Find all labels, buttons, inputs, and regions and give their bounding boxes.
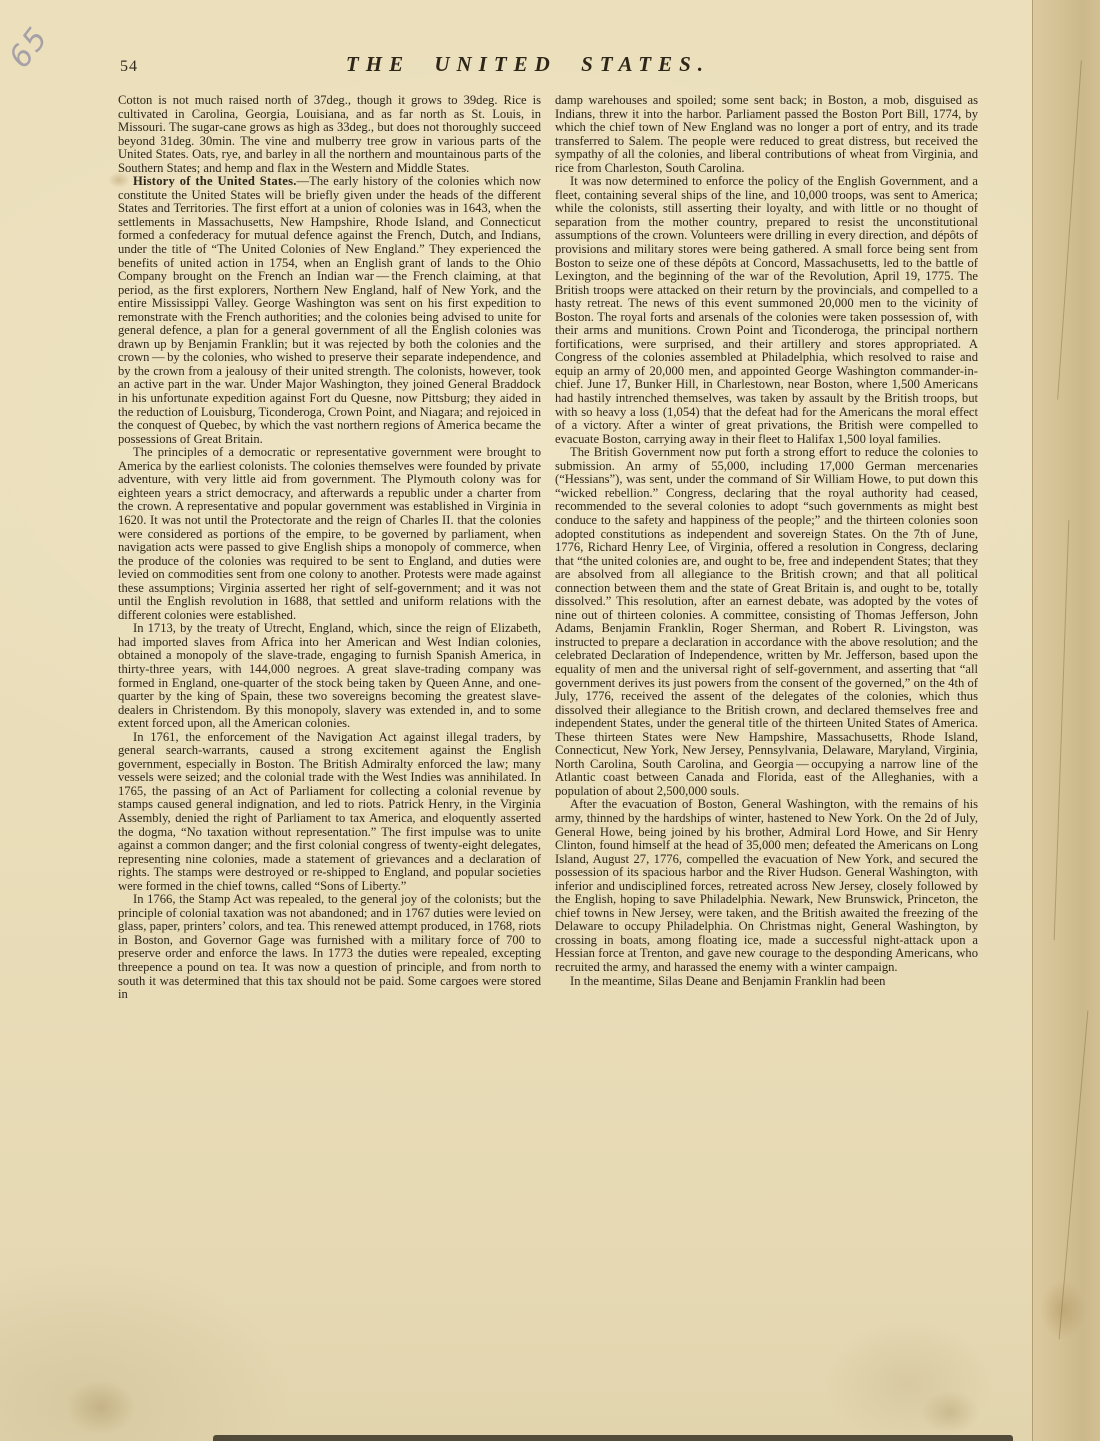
page-title: THE UNITED STATES. [118, 52, 938, 77]
paragraph-navigation-act: In 1761, the enforcement of the Navigati… [118, 731, 541, 894]
paper-stain [66, 1380, 136, 1435]
paragraph-washington-campaign: After the evacuation of Boston, General … [555, 798, 978, 974]
paragraph-cotton-crops: Cotton is not much raised north of 37deg… [118, 94, 541, 175]
paper-stain [920, 1390, 980, 1435]
scanner-shadow-band [213, 1435, 1013, 1441]
paragraph-principles-government: The principles of a democratic or repres… [118, 446, 541, 622]
page-header: 54 THE UNITED STATES. [118, 52, 978, 82]
right-column: damp warehouses and spoiled; some sent b… [555, 94, 978, 1002]
section-heading-history: History of the United States. [133, 174, 297, 188]
paragraph-stamp-act-repeal: In 1766, the Stamp Act was repealed, to … [118, 893, 541, 1001]
paragraph-boston-port-bill: damp warehouses and spoiled; some sent b… [555, 94, 978, 175]
page-body: Cotton is not much raised north of 37deg… [118, 94, 978, 1002]
left-column: Cotton is not much raised north of 37deg… [118, 94, 541, 1002]
paragraph-revolution-begins: It was now determined to enforce the pol… [555, 175, 978, 446]
adjacent-page-edge [1032, 0, 1100, 1441]
paragraph-silas-deane: In the meantime, Silas Deane and Benjami… [555, 975, 978, 989]
paragraph-declaration-independence: The British Government now put forth a s… [555, 446, 978, 798]
paper-scratch [1057, 60, 1082, 399]
paragraph-treaty-utrecht: In 1713, by the treaty of Utrecht, Engla… [118, 622, 541, 730]
paper-stain [1040, 1280, 1086, 1340]
paragraph-text: —The early history of the colonies which… [118, 174, 541, 445]
paper-scratch [1054, 520, 1070, 940]
paragraph-history-intro: History of the United States.—The early … [118, 175, 541, 446]
